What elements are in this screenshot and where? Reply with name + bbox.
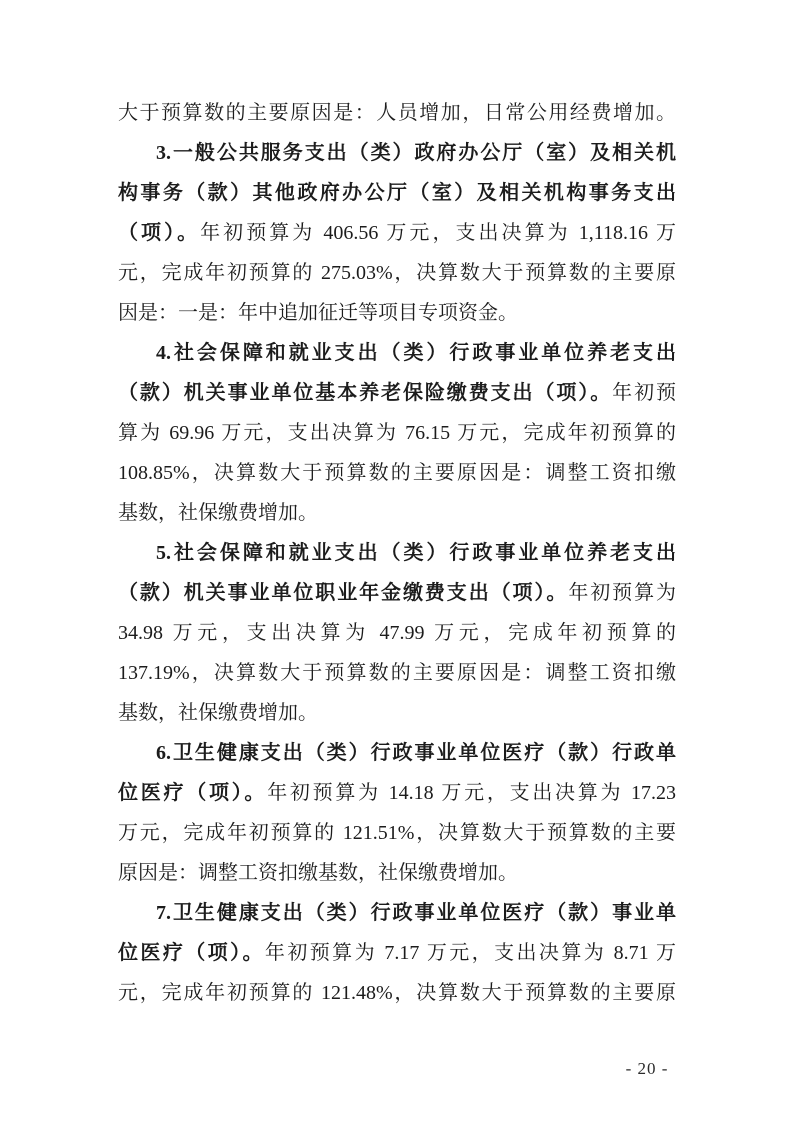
text-line: 5.社会保障和就业支出（类）行政事业单位养老支出 xyxy=(118,533,676,573)
text-line: 基数，社保缴费增加。 xyxy=(118,493,676,533)
page-number: - 20 - xyxy=(607,1057,687,1081)
text-line: 基数，社保缴费增加。 xyxy=(118,693,676,733)
heading-text-run: （款）机关事业单位基本养老保险缴费支出（项）。 xyxy=(118,382,612,404)
text-line: 原因是：调整工资扣缴基数，社保缴费增加。 xyxy=(118,853,676,893)
body-text-run: 原因是：调整工资扣缴基数，社保缴费增加。 xyxy=(118,862,518,884)
text-line: 大于预算数的主要原因是：人员增加，日常公用经费增加。 xyxy=(118,93,676,133)
body-text-run: 算为 69.96 万元，支出决算为 76.15 万元，完成年初预算的 xyxy=(118,422,676,444)
text-line: 7.卫生健康支出（类）行政事业单位医疗（款）事业单 xyxy=(118,893,676,933)
body-text-run: 137.19%，决算数大于预算数的主要原因是：调整工资扣缴 xyxy=(118,662,676,684)
body-text-run: 因是：一是：年中追加征迁等项目专项资金。 xyxy=(118,302,518,324)
text-line: 137.19%，决算数大于预算数的主要原因是：调整工资扣缴 xyxy=(118,653,676,693)
body-text-run: 大于预算数的主要原因是：人员增加，日常公用经费增加。 xyxy=(118,102,676,124)
heading-text-run: 5.社会保障和就业支出（类）行政事业单位养老支出 xyxy=(156,542,676,564)
text-line: 元，完成年初预算的 121.48%，决算数大于预算数的主要原 xyxy=(118,973,676,1013)
body-text-run: 年初预算为 14.18 万元，支出决算为 17.23 xyxy=(267,782,676,804)
text-line: （款）机关事业单位职业年金缴费支出（项）。年初预算为 xyxy=(118,573,676,613)
body-text-run: 年初预算为 406.56 万元，支出决算为 1,118.16 万 xyxy=(200,222,676,244)
text-line: 34.98 万元，支出决算为 47.99 万元，完成年初预算的 xyxy=(118,613,676,653)
body-text-run: 108.85%，决算数大于预算数的主要原因是：调整工资扣缴 xyxy=(118,462,676,484)
text-line: （款）机关事业单位基本养老保险缴费支出（项）。年初预 xyxy=(118,373,676,413)
text-line: 构事务（款）其他政府办公厅（室）及相关机构事务支出 xyxy=(118,173,676,213)
body-text-run: 年初预算为 xyxy=(568,582,676,604)
body-text-run: 基数，社保缴费增加。 xyxy=(118,502,318,524)
text-line: （项）。年初预算为 406.56 万元，支出决算为 1,118.16 万 xyxy=(118,213,676,253)
body-text-run: 万元，完成年初预算的 121.51%，决算数大于预算数的主要 xyxy=(118,822,676,844)
body-text-run: 34.98 万元，支出决算为 47.99 万元，完成年初预算的 xyxy=(118,622,676,644)
text-line: 3.一般公共服务支出（类）政府办公厅（室）及相关机 xyxy=(118,133,676,173)
heading-text-run: 位医疗（项）。 xyxy=(118,782,267,804)
heading-text-run: 7.卫生健康支出（类）行政事业单位医疗（款）事业单 xyxy=(156,902,676,924)
text-line: 4.社会保障和就业支出（类）行政事业单位养老支出 xyxy=(118,333,676,373)
text-line: 6.卫生健康支出（类）行政事业单位医疗（款）行政单 xyxy=(118,733,676,773)
text-line: 位医疗（项）。年初预算为 7.17 万元，支出决算为 8.71 万 xyxy=(118,933,676,973)
body-text-run: 年初预算为 7.17 万元，支出决算为 8.71 万 xyxy=(265,942,676,964)
heading-text-run: 6.卫生健康支出（类）行政事业单位医疗（款）行政单 xyxy=(156,742,676,764)
heading-text-run: 4.社会保障和就业支出（类）行政事业单位养老支出 xyxy=(156,342,676,364)
text-line: 位医疗（项）。年初预算为 14.18 万元，支出决算为 17.23 xyxy=(118,773,676,813)
body-text-run: 年初预 xyxy=(612,382,676,404)
heading-text-run: 位医疗（项）。 xyxy=(118,942,265,964)
text-line: 元，完成年初预算的 275.03%，决算数大于预算数的主要原 xyxy=(118,253,676,293)
text-line: 108.85%，决算数大于预算数的主要原因是：调整工资扣缴 xyxy=(118,453,676,493)
body-text-run: 元，完成年初预算的 275.03%，决算数大于预算数的主要原 xyxy=(118,262,676,284)
body-text-run: 元，完成年初预算的 121.48%，决算数大于预算数的主要原 xyxy=(118,982,676,1004)
text-line: 万元，完成年初预算的 121.51%，决算数大于预算数的主要 xyxy=(118,813,676,853)
document-page: 大于预算数的主要原因是：人员增加，日常公用经费增加。3.一般公共服务支出（类）政… xyxy=(0,0,793,1122)
text-line: 算为 69.96 万元，支出决算为 76.15 万元，完成年初预算的 xyxy=(118,413,676,453)
heading-text-run: （款）机关事业单位职业年金缴费支出（项）。 xyxy=(118,582,568,604)
heading-text-run: （项）。 xyxy=(118,222,200,244)
heading-text-run: 3.一般公共服务支出（类）政府办公厅（室）及相关机 xyxy=(156,142,676,164)
document-body: 大于预算数的主要原因是：人员增加，日常公用经费增加。3.一般公共服务支出（类）政… xyxy=(118,93,676,1013)
heading-text-run: 构事务（款）其他政府办公厅（室）及相关机构事务支出 xyxy=(118,182,676,204)
text-line: 因是：一是：年中追加征迁等项目专项资金。 xyxy=(118,293,676,333)
body-text-run: 基数，社保缴费增加。 xyxy=(118,702,318,724)
